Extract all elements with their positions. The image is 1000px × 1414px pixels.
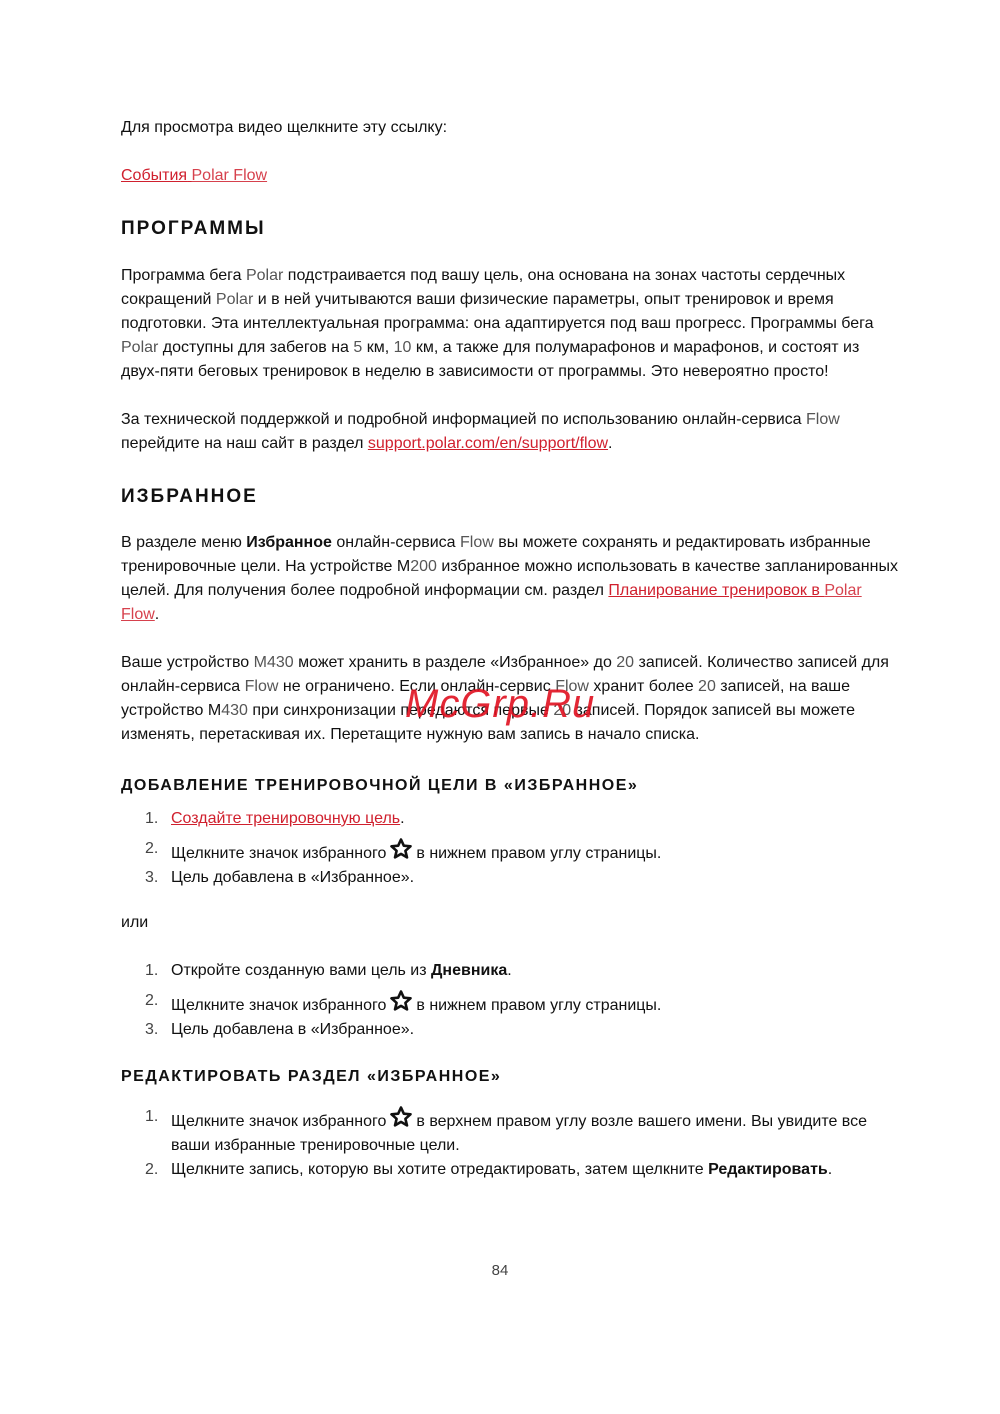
section-heading-edit-favorites: РЕДАКТИРОВАТЬ РАЗДЕЛ «ИЗБРАННОЕ» [121, 1068, 501, 1086]
list-item: 1.Щелкните значок избранногов верхнем пр… [121, 1105, 901, 1158]
section-heading-favorites: ИЗБРАННОЕ [121, 486, 258, 508]
list-item: 1.Создайте тренировочную цель. [121, 807, 901, 831]
add-steps-list-1: 1.Создайте тренировочную цель. 2.Щелкнит… [121, 807, 901, 890]
section-heading-programs: ПРОГРАММЫ [121, 218, 266, 240]
list-item: 1.Откройте созданную вами цель из Дневни… [121, 959, 901, 983]
list-item: 2.Щелкните значок избранногов нижнем пра… [121, 837, 901, 866]
star-outline-icon [388, 989, 414, 1013]
programs-paragraph-1: Программа бега Polar подстраивается под … [121, 264, 901, 384]
programs-paragraph-2: За технической поддержкой и подробной ин… [121, 408, 901, 456]
favorites-paragraph-1: В разделе меню Избранное онлайн-сервиса … [121, 531, 901, 627]
polar-flow-events-link[interactable]: События Polar Flow [121, 167, 267, 184]
list-item: 2.Щелкните значок избранногов нижнем пра… [121, 989, 901, 1018]
list-item: 2.Щелкните запись, которую вы хотите отр… [121, 1158, 901, 1182]
support-link[interactable]: support.polar.com/en/support/flow [368, 435, 608, 452]
star-outline-icon [388, 1105, 414, 1129]
list-item: 3.Цель добавлена в «Избранное». [121, 1018, 901, 1042]
list-item: 3.Цель добавлена в «Избранное». [121, 866, 901, 890]
or-text: или [121, 911, 901, 935]
edit-steps-list: 1.Щелкните значок избранногов верхнем пр… [121, 1105, 901, 1182]
watermark: McGrp.Ru [405, 682, 595, 727]
page-number: 84 [0, 1262, 1000, 1279]
add-steps-list-2: 1.Откройте созданную вами цель из Дневни… [121, 959, 901, 1042]
star-outline-icon [388, 837, 414, 861]
intro-text: Для просмотра видео щелкните эту ссылку: [121, 116, 901, 140]
create-training-target-link[interactable]: Создайте тренировочную цель [171, 810, 400, 827]
intro-link-paragraph: События Polar Flow [121, 164, 901, 188]
section-heading-add-favorite: ДОБАВЛЕНИЕ ТРЕНИРОВОЧНОЙ ЦЕЛИ В «ИЗБРАНН… [121, 777, 638, 795]
